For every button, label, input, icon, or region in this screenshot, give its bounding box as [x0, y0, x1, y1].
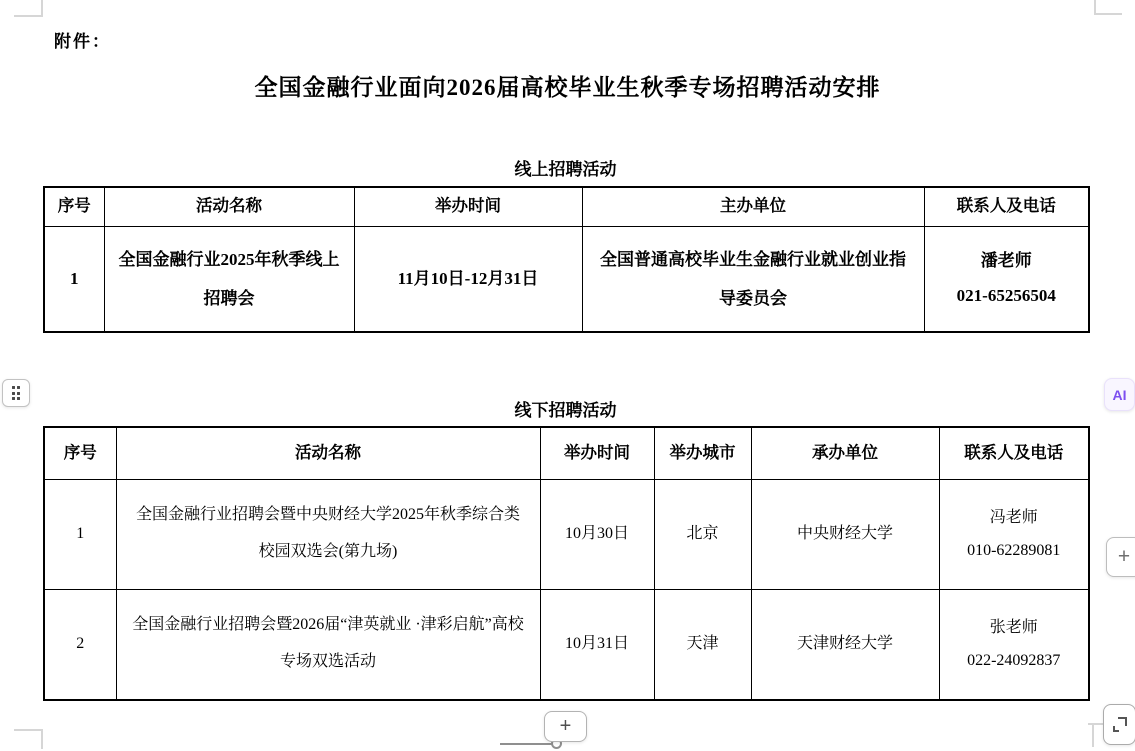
header-cell-time[interactable]: 举办时间	[540, 427, 654, 479]
contact-phone: 022-24092837	[952, 651, 1077, 670]
online-recruitment-table: 序号 活动名称 举办时间 主办单位 联系人及电话 1 全国金融行业2025年秋季…	[43, 186, 1090, 333]
header-cell-contact[interactable]: 联系人及电话	[939, 427, 1089, 479]
cell-contact[interactable]: 潘老师 021-65256504	[924, 226, 1089, 332]
cell-activity-name[interactable]: 全国金融行业招聘会暨2026届“津英就业 ·津彩启航”高校专场双选活动	[116, 589, 540, 700]
cell-city[interactable]: 北京	[654, 479, 751, 589]
contact-name: 潘老师	[937, 251, 1077, 271]
header-cell-organizer[interactable]: 主办单位	[582, 187, 924, 226]
document-title[interactable]: 全国金融行业面向2026届高校毕业生秋季专场招聘活动安排	[0, 69, 1135, 102]
cell-time[interactable]: 10月30日	[540, 479, 654, 589]
six-dots-grid-icon	[12, 386, 21, 400]
header-cell-no[interactable]: 序号	[44, 187, 104, 226]
offline-recruitment-table: 序号 活动名称 举办时间 举办城市 承办单位 联系人及电话 1 全国金融行业招聘…	[43, 426, 1090, 701]
table-drag-handle-button[interactable]	[2, 379, 30, 407]
cell-city[interactable]: 天津	[654, 589, 751, 700]
dot	[12, 386, 15, 389]
document-page: 附件： 全国金融行业面向2026届高校毕业生秋季专场招聘活动安排 线上招聘活动 …	[0, 0, 1135, 751]
attachment-label[interactable]: 附件：	[54, 27, 111, 52]
table-row: 2 全国金融行业招聘会暨2026届“津英就业 ·津彩启航”高校专场双选活动 10…	[44, 589, 1089, 700]
plus-icon: +	[560, 715, 572, 738]
cell-contact[interactable]: 冯老师 010-62289081	[939, 479, 1089, 589]
offline-header-row: 序号 活动名称 举办时间 举办城市 承办单位 联系人及电话	[44, 427, 1089, 479]
row-insert-guide-line	[500, 743, 554, 745]
cell-undertaker[interactable]: 中央财经大学	[751, 479, 939, 589]
cell-no[interactable]: 1	[44, 479, 116, 589]
crop-mark-bottom-right-v	[1092, 723, 1094, 747]
add-column-button[interactable]: +	[1106, 537, 1135, 577]
crop-mark-bottom-left-h	[14, 729, 43, 731]
ai-assistant-button[interactable]: AI	[1104, 378, 1135, 411]
header-cell-activity-name[interactable]: 活动名称	[104, 187, 354, 226]
header-cell-contact[interactable]: 联系人及电话	[924, 187, 1089, 226]
expand-corners-icon	[1112, 717, 1127, 732]
contact-name: 张老师	[952, 618, 1077, 637]
contact-name: 冯老师	[952, 508, 1077, 527]
offline-table-caption[interactable]: 线下招聘活动	[43, 396, 1088, 421]
crop-mark-top-right-h	[1094, 13, 1122, 15]
dot	[12, 397, 15, 400]
table-row: 1 全国金融行业2025年秋季线上招聘会 11月10日-12月31日 全国普通高…	[44, 226, 1089, 332]
dot	[12, 392, 15, 395]
crop-mark-top-left-h	[14, 15, 43, 17]
online-header-row: 序号 活动名称 举办时间 主办单位 联系人及电话	[44, 187, 1089, 226]
online-table-caption[interactable]: 线上招聘活动	[43, 155, 1088, 180]
plus-icon: +	[1118, 545, 1130, 569]
cell-activity-name[interactable]: 全国金融行业招聘会暨中央财经大学2025年秋季综合类校园双选会(第九场)	[116, 479, 540, 589]
crop-mark-top-left-v	[41, 0, 43, 16]
dot	[17, 386, 20, 389]
contact-phone: 010-62289081	[952, 541, 1077, 560]
dot	[17, 392, 20, 395]
crop-mark-bottom-left-v	[41, 729, 43, 749]
cell-contact[interactable]: 张老师 022-24092837	[939, 589, 1089, 700]
expand-table-button[interactable]	[1103, 704, 1135, 745]
dot	[17, 397, 20, 400]
cell-activity-name[interactable]: 全国金融行业2025年秋季线上招聘会	[104, 226, 354, 332]
corner-bottom-left	[1113, 726, 1119, 732]
ai-button-label: AI	[1113, 387, 1127, 403]
table-row: 1 全国金融行业招聘会暨中央财经大学2025年秋季综合类校园双选会(第九场) 1…	[44, 479, 1089, 589]
cell-time[interactable]: 11月10日-12月31日	[354, 226, 582, 332]
header-cell-city[interactable]: 举办城市	[654, 427, 751, 479]
crop-mark-top-right-v	[1094, 0, 1096, 14]
header-cell-time[interactable]: 举办时间	[354, 187, 582, 226]
cell-organizer[interactable]: 全国普通高校毕业生金融行业就业创业指导委员会	[582, 226, 924, 332]
add-row-button[interactable]: +	[544, 711, 587, 742]
cell-undertaker[interactable]: 天津财经大学	[751, 589, 939, 700]
header-cell-undertaker[interactable]: 承办单位	[751, 427, 939, 479]
cell-time[interactable]: 10月31日	[540, 589, 654, 700]
cell-no[interactable]: 1	[44, 226, 104, 332]
corner-top-right	[1118, 717, 1127, 726]
cell-no[interactable]: 2	[44, 589, 116, 700]
header-cell-no[interactable]: 序号	[44, 427, 116, 479]
contact-phone: 021-65256504	[937, 286, 1077, 306]
header-cell-activity-name[interactable]: 活动名称	[116, 427, 540, 479]
